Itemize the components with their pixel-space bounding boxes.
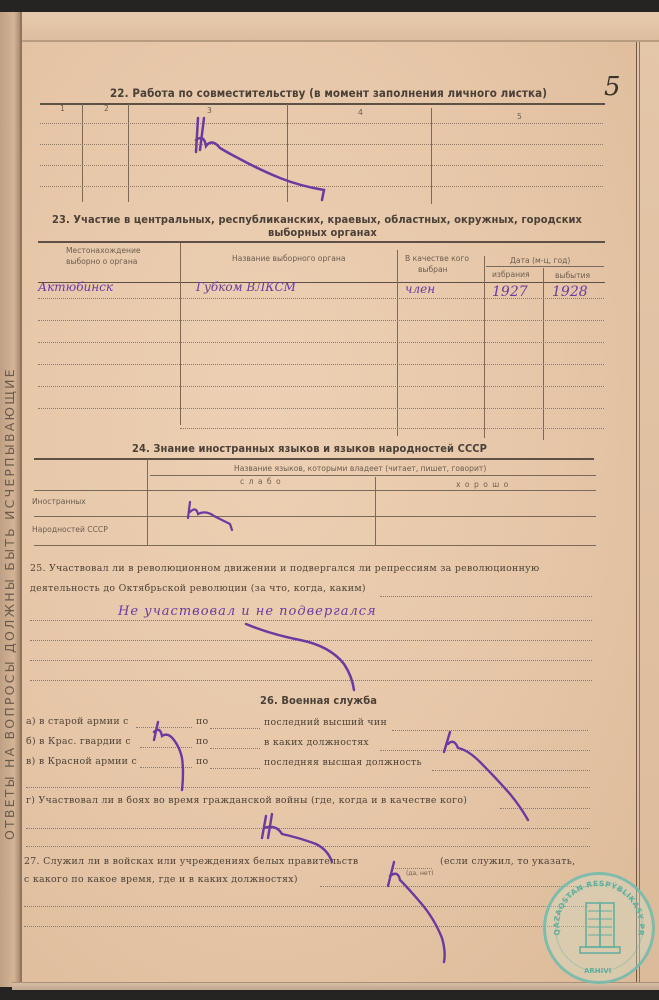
row-location: Актюбинск	[38, 280, 113, 294]
red-army-label: в) в Красной армии с	[26, 756, 137, 767]
section-22-rule	[40, 103, 605, 105]
header-elected: избрания	[492, 270, 530, 279]
col-2-label: 2	[104, 104, 109, 113]
archive-stamp: QAZAQSTAN RESPÝBLIKASY PREZIDENTINIŃ ARH…	[543, 872, 655, 984]
svg-text:QAZAQSTAN RESPÝBLIKASY PREZIDE: QAZAQSTAN RESPÝBLIKASY PREZIDENTINIŃ	[546, 875, 646, 937]
header-location-2: выборно о органа	[66, 257, 137, 266]
row-left: 1928	[552, 284, 588, 300]
red-guard-label: б) в Крас. гвардии с	[26, 736, 131, 747]
handwritten-net-26-right	[440, 728, 550, 828]
top-fold	[20, 12, 659, 42]
section-23-title: 23. Участие в центральных, республиканск…	[52, 213, 582, 226]
languages-subrule	[150, 475, 596, 476]
row-line	[180, 428, 604, 429]
section-23-rule	[38, 241, 605, 243]
languages-header: Название языков, которыми владеет (читае…	[234, 464, 486, 473]
col-divider	[543, 268, 544, 440]
red-guard-positions-label: в каких должностях	[264, 737, 369, 748]
page-number: 5	[604, 72, 621, 102]
row-line	[38, 408, 604, 409]
section-25-answer: Не участвовал и не подвергался	[118, 604, 377, 619]
col-1-label: 1	[60, 104, 65, 113]
answer-line	[24, 906, 588, 907]
row-line	[38, 386, 604, 387]
header-role-2: выбран	[418, 265, 448, 274]
row-line	[38, 342, 604, 343]
col-good: х о р о ш о	[456, 480, 509, 489]
section-27-line1: 27. Служил ли в войсках или учреждениях …	[24, 856, 358, 867]
col-4-label: 4	[358, 108, 363, 117]
col-divider	[147, 459, 148, 545]
row-role: член	[405, 282, 435, 296]
col-divider	[128, 104, 129, 202]
section-27-line2: с какого по какое время, где и в каких д…	[24, 874, 298, 885]
row-elected: 1927	[492, 284, 528, 300]
handwritten-net-22	[190, 112, 340, 202]
row-line	[34, 545, 596, 546]
stamp-text: QAZAQSTAN RESPÝBLIKASY PREZIDENTINIŃ	[546, 875, 646, 937]
section-23-title-2: выборных органах	[268, 226, 377, 239]
handwritten-strike-25	[240, 620, 380, 700]
row-organ: Губком ВЛКСМ	[196, 280, 296, 294]
languages-header-bottom	[34, 490, 596, 491]
handwritten-net-26-left	[150, 718, 230, 798]
handwritten-net-24	[186, 498, 266, 534]
red-army-position-label: последняя высшая должность	[264, 757, 422, 768]
col-weak: с л а б о	[240, 477, 282, 486]
header-bottom-rule	[38, 282, 605, 283]
row-line	[38, 364, 604, 365]
col-divider	[82, 104, 83, 202]
col-5-label: 5	[517, 112, 522, 121]
stamp-building-icon: QAZAQSTAN RESPÝBLIKASY PREZIDENTINIŃ ARH…	[546, 875, 652, 981]
page-bottom-edge	[12, 982, 659, 990]
handwritten-net-27	[380, 858, 490, 978]
header-left: выбытия	[555, 271, 590, 280]
answer-line	[24, 926, 588, 927]
old-army-rank-label: последний высший чин	[264, 717, 387, 728]
civil-war-label: г) Участвовал ли в боях во время граждан…	[26, 795, 467, 806]
page-right-edge	[636, 42, 640, 982]
section-22-title: 22. Работа по совместительству (в момент…	[110, 86, 547, 100]
header-date: Дата (м-ц, год)	[510, 256, 570, 265]
margin-instruction: ОТВЕТЫ НА ВОПРОСЫ ДОЛЖНЫ БЫТЬ ИСЧЕРПЫВАЮ…	[2, 230, 26, 840]
section-25-line2: деятельность до Октябрьской революции (з…	[30, 583, 366, 594]
stamp-text-bottom: ARHIVI	[584, 967, 611, 975]
section-24-rule	[34, 458, 594, 460]
row-line	[38, 320, 604, 321]
section-25-line1: 25. Участвовал ли в революционном движен…	[30, 563, 539, 574]
row-ussr: Народностей СССР	[32, 525, 108, 534]
old-army-label: а) в старой армии с	[26, 716, 129, 727]
col-divider	[375, 477, 376, 545]
header-location: Местонахождение	[66, 246, 141, 255]
date-subrule	[486, 266, 604, 267]
answer-line	[380, 596, 592, 597]
col-divider	[180, 243, 181, 425]
section-26-title: 26. Военная служба	[260, 694, 377, 707]
col-divider	[484, 256, 485, 438]
header-organ-name: Название выборного органа	[232, 254, 346, 263]
header-role: В качестве кого	[405, 254, 469, 263]
row-line	[34, 516, 596, 517]
row-foreign: Иностранных	[32, 497, 86, 506]
section-24-title: 24. Знание иностранных языков и языков н…	[132, 442, 487, 455]
